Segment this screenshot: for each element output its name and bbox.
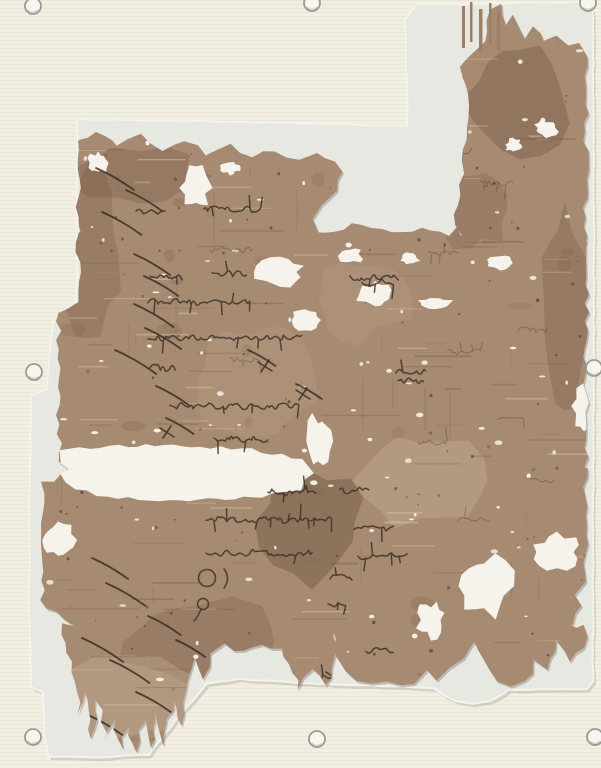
papyrus-speck-light xyxy=(84,156,87,161)
papyrus-speck-dark xyxy=(155,526,158,529)
papyrus-fibre-dark xyxy=(462,246,497,248)
papyrus-speck-dark xyxy=(157,31,158,32)
papyrus-speck-dark xyxy=(261,498,262,499)
papyrus-speck-light xyxy=(46,580,53,585)
papyrus-fibre-strand xyxy=(497,11,500,50)
papyrus-fibre-light xyxy=(469,125,488,127)
papyrus-fibre-dark xyxy=(493,642,521,643)
papyrus-speck-light xyxy=(302,181,305,185)
papyrus-speck-dark xyxy=(277,172,280,175)
papyrus-fibre-vertical xyxy=(59,108,61,139)
papyrus-speck-dark xyxy=(547,654,550,657)
papyrus-speck-light xyxy=(530,276,537,280)
papyrus-speck-light xyxy=(321,117,328,120)
papyrus-fibre-vertical xyxy=(214,193,215,243)
papyrus-speck-dark xyxy=(254,89,257,92)
papyrus-speck-dark xyxy=(59,510,62,513)
papyrus-mottle xyxy=(244,417,253,427)
papyrus-speck-dark xyxy=(158,250,160,252)
papyrus-speck-dark xyxy=(152,376,155,379)
papyrus-fibre-vertical xyxy=(297,206,298,218)
papyrus-fibre-vertical xyxy=(57,481,58,496)
papyrus-fibre-dark xyxy=(150,308,214,309)
papyrus-speck-light xyxy=(205,60,208,63)
papyrus-speck-light xyxy=(369,529,374,532)
papyrus-fibre-strand xyxy=(462,6,465,48)
papyrus-speck-dark xyxy=(265,302,267,304)
papyrus-fibre-vertical xyxy=(128,324,129,358)
papyrus-fibre-strand xyxy=(489,3,492,44)
papyrus-speck-light xyxy=(237,424,241,426)
papyrus-fibre-light xyxy=(387,308,422,309)
papyrus-speck-dark xyxy=(427,702,430,705)
papyrus-speck-dark xyxy=(488,280,490,282)
papyrus-fibre-light xyxy=(195,428,241,429)
papyrus-speck-dark xyxy=(236,540,237,541)
papyrus-speck-light xyxy=(91,431,98,434)
papyrus-mottle xyxy=(557,256,572,273)
papyrus-speck-light xyxy=(278,26,286,29)
papyrus-speck-dark xyxy=(100,242,103,245)
papyrus-fibre-light xyxy=(529,135,541,137)
papyrus-fibre-light xyxy=(328,79,348,80)
papyrus-speck-light xyxy=(539,375,546,377)
papyrus-speck-dark xyxy=(131,648,133,650)
papyrus-mottle xyxy=(561,247,574,256)
papyrus-fibre-light xyxy=(164,49,202,51)
papyrus-speck-light xyxy=(479,427,485,430)
papyrus-speck-light xyxy=(552,450,555,454)
papyrus-speck-dark xyxy=(447,586,450,589)
papyrus-speck-dark xyxy=(95,620,97,622)
papyrus-speck-dark xyxy=(516,227,519,230)
papyrus-fibre-vertical xyxy=(171,36,173,70)
papyrus-speck-light xyxy=(64,48,71,52)
papyrus-speck-dark xyxy=(417,504,419,506)
papyrus-fibre-light xyxy=(398,348,427,349)
papyrus-fibre-dark xyxy=(218,106,273,108)
papyrus-speck-light xyxy=(412,634,418,639)
papyrus-speck-light xyxy=(359,362,363,366)
papyrus-speck-dark xyxy=(211,89,212,90)
papyrus-speck-dark xyxy=(523,166,525,168)
papyrus-speck-dark xyxy=(446,450,448,452)
papyrus-speck-dark xyxy=(418,493,420,495)
papyrus-speck-light xyxy=(199,32,202,36)
papyrus-fibre-light xyxy=(80,419,118,420)
papyrus-speck-light xyxy=(527,474,531,479)
papyrus-fibre-light xyxy=(537,139,550,140)
papyrus-fibre-light xyxy=(505,398,548,400)
papyrus-fibre-vertical xyxy=(362,379,364,428)
papyrus-speck-light xyxy=(366,361,369,363)
papyrus-fibre-vertical xyxy=(565,338,566,376)
papyrus-fibre-dark xyxy=(98,48,141,49)
papyrus-speck-dark xyxy=(429,649,433,653)
papyrus-fibre-light xyxy=(249,708,281,710)
papyrus-speck-dark xyxy=(533,536,535,538)
papyrus-speck-light xyxy=(496,506,500,509)
papyrus-speck-dark xyxy=(123,274,125,276)
papyrus-speck-light xyxy=(217,391,224,396)
papyrus-speck-dark xyxy=(141,65,143,67)
papyrus-speck-dark xyxy=(565,101,567,103)
papyrus-mottle xyxy=(391,427,404,439)
papyrus-speck-light xyxy=(200,351,203,354)
papyrus-speck-dark xyxy=(532,468,536,472)
papyrus-speck-light xyxy=(191,77,197,82)
papyrus-speck-dark xyxy=(62,149,65,152)
papyrus-fibre-light xyxy=(296,657,319,658)
papyrus-fibre-vertical xyxy=(126,32,127,51)
papyrus-fibre-light xyxy=(212,187,251,188)
papyrus-speck-light xyxy=(532,722,537,724)
papyrus-speck-dark xyxy=(536,298,540,302)
papyrus-speck-light xyxy=(60,418,67,420)
papyrus-fibre-vertical xyxy=(135,333,136,346)
papyrus-speck-dark xyxy=(338,13,340,15)
papyrus-speck-light xyxy=(69,475,73,480)
papyrus-fibre-dark xyxy=(470,242,497,243)
papyrus-speck-dark xyxy=(179,250,181,252)
papyrus-speck-light xyxy=(303,737,308,741)
papyrus-speck-dark xyxy=(199,428,202,431)
papyrus-fibre-dark xyxy=(491,384,516,386)
papyrus-speck-dark xyxy=(144,625,146,627)
papyrus-fibre-dark xyxy=(376,702,417,704)
papyrus-speck-light xyxy=(215,59,218,63)
papyrus-speck-light xyxy=(312,23,317,27)
papyrus-speck-dark xyxy=(577,260,579,262)
papyrus-mottle xyxy=(202,21,213,29)
papyrus-mottle xyxy=(311,172,324,186)
papyrus-scan-page xyxy=(0,0,601,768)
papyrus-speck-dark xyxy=(172,688,175,691)
papyrus-mottle xyxy=(121,421,145,431)
papyrus-speck-dark xyxy=(177,335,180,338)
papyrus-fibre-light xyxy=(294,254,329,256)
papyrus-speck-dark xyxy=(579,335,582,338)
papyrus-fibre-light xyxy=(75,150,107,151)
papyrus-fibre-dark xyxy=(220,230,284,232)
papyrus-fibre-dark xyxy=(89,424,112,425)
papyrus-speck-light xyxy=(414,513,417,516)
papyrus-speck-light xyxy=(134,518,139,520)
papyrus-speck-dark xyxy=(222,252,225,255)
papyrus-fibre-light xyxy=(302,611,350,612)
papyrus-speck-dark xyxy=(417,238,421,242)
papyrus-speck-dark xyxy=(485,185,487,187)
papyrus-speck-light xyxy=(154,429,161,433)
papyrus-fibre-light xyxy=(543,272,571,273)
papyrus-speck-light xyxy=(205,260,210,262)
papyrus-fibre-dark xyxy=(191,79,260,81)
papyrus-speck-dark xyxy=(394,487,397,490)
papyrus-speck-dark xyxy=(476,167,479,170)
papyrus-fibre-dark xyxy=(402,366,453,367)
papyrus-speck-dark xyxy=(110,249,113,252)
papyrus-speck-light xyxy=(371,295,376,299)
papyrus-fibre-dark xyxy=(321,415,400,417)
papyrus-speck-dark xyxy=(330,187,332,189)
papyrus-fibre-dark xyxy=(67,589,98,590)
papyrus-fibre-vertical xyxy=(296,190,297,233)
papyrus-fibre-strand xyxy=(479,9,483,52)
papyrus-fibre-light xyxy=(66,669,112,671)
papyrus-fibre-dark xyxy=(331,563,358,565)
papyrus-fibre-vertical xyxy=(245,688,246,711)
papyrus-speck-dark xyxy=(223,724,226,727)
papyrus-fibre-vertical xyxy=(93,25,95,52)
papyrus-speck-dark xyxy=(406,496,408,498)
papyrus-speck-dark xyxy=(121,237,124,240)
papyrus-speck-light xyxy=(154,111,156,115)
papyrus-fibre-light xyxy=(526,742,570,744)
papyrus-fibre-light xyxy=(465,178,480,179)
papyrus-fibre-dark xyxy=(61,608,138,610)
papyrus-speck-dark xyxy=(66,513,68,515)
papyrus-speck-light xyxy=(193,170,200,174)
papyrus-speck-dark xyxy=(58,161,59,162)
papyrus-fibre-dark xyxy=(539,434,559,435)
papyrus-fibre-light xyxy=(211,700,271,701)
papyrus-speck-light xyxy=(209,424,213,426)
papyrus-speck-dark xyxy=(373,653,376,656)
papyrus-speck-light xyxy=(517,546,521,548)
papyrus-fibre-light xyxy=(104,298,150,299)
punch-hole xyxy=(309,731,325,747)
papyrus-speck-dark xyxy=(64,272,67,275)
papyrus-speck-dark xyxy=(429,394,432,397)
papyrus-speck-dark xyxy=(471,455,474,458)
papyrus-speck-light xyxy=(310,480,317,485)
papyrus-speck-light xyxy=(491,549,499,553)
papyrus-speck-light xyxy=(406,382,412,384)
papyrus-fibre-strand xyxy=(470,2,473,42)
papyrus-speck-dark xyxy=(352,749,354,751)
papyrus-fibre-light xyxy=(387,512,423,514)
papyrus-fibre-dark xyxy=(292,618,347,619)
papyrus-speck-light xyxy=(245,577,252,581)
papyrus-speck-dark xyxy=(148,74,149,75)
papyrus-speck-dark xyxy=(120,506,123,509)
papyrus-speck-light xyxy=(168,296,172,298)
papyrus-speck-dark xyxy=(136,616,139,619)
papyrus-speck-dark xyxy=(368,115,372,119)
papyrus-speck-light xyxy=(119,604,126,607)
papyrus-fibre-dark xyxy=(132,543,183,544)
papyrus-speck-dark xyxy=(246,219,248,221)
papyrus-speck-dark xyxy=(437,494,440,497)
papyrus-speck-light xyxy=(386,369,392,373)
papyrus-speck-dark xyxy=(235,517,237,519)
papyrus-fibre-light xyxy=(78,366,109,368)
papyrus-fibre-dark xyxy=(427,343,445,344)
papyrus-speck-dark xyxy=(555,354,557,356)
papyrus-speck-light xyxy=(235,716,241,721)
papyrus-speck-dark xyxy=(178,207,181,210)
papyrus-speck-dark xyxy=(282,425,285,428)
papyrus-fibre-light xyxy=(392,545,435,546)
papyrus-speck-dark xyxy=(252,62,255,65)
papyrus-fibre-light xyxy=(211,507,252,509)
papyrus-speck-light xyxy=(193,655,198,659)
papyrus-fibre-dark xyxy=(267,45,301,46)
papyrus-speck-dark xyxy=(74,80,76,82)
papyrus-speck-light xyxy=(416,413,423,418)
papyrus-speck-light xyxy=(510,531,514,533)
papyrus-fibre-vertical xyxy=(525,512,527,525)
papyrus-speck-light xyxy=(518,60,523,64)
papyrus-fibre-light xyxy=(397,738,452,740)
papyrus-fibre-light xyxy=(180,609,217,610)
papyrus-speck-light xyxy=(544,702,549,707)
papyrus-speck-light xyxy=(409,518,414,520)
papyrus-speck-dark xyxy=(76,506,78,508)
papyrus-speck-dark xyxy=(170,612,173,615)
papyrus-fibre-dark xyxy=(487,716,539,718)
papyrus-speck-dark xyxy=(471,730,472,731)
papyrus-speck-dark xyxy=(194,8,197,11)
papyrus-speck-dark xyxy=(174,519,176,521)
papyrus-speck-dark xyxy=(287,400,290,403)
papyrus-fibre-dark xyxy=(412,463,460,465)
papyrus-speck-dark xyxy=(318,99,322,103)
papyrus-fibre-dark xyxy=(252,84,319,86)
papyrus-fibre-light xyxy=(135,181,150,183)
papyrus-speck-light xyxy=(152,526,154,530)
papyrus-speck-dark xyxy=(365,302,366,303)
papyrus-speck-light xyxy=(541,118,546,123)
papyrus-fibre-dark xyxy=(193,87,272,88)
papyrus-speck-dark xyxy=(270,226,273,229)
papyrus-speck-dark xyxy=(527,538,529,540)
papyrus-speck-dark xyxy=(105,154,107,156)
papyrus-speck-light xyxy=(152,291,160,293)
papyrus-speck-light xyxy=(565,215,571,218)
papyrus-speck-light xyxy=(155,20,161,22)
papyrus-mottle xyxy=(316,488,326,496)
papyrus-fibre-dark xyxy=(88,344,112,345)
papyrus-fibre-dark xyxy=(231,562,257,563)
papyrus-fibre-vertical xyxy=(511,341,513,368)
papyrus-fibre-vertical xyxy=(153,587,155,604)
papyrus-fibre-vertical xyxy=(330,37,332,48)
papyrus-fibre-light xyxy=(120,105,143,107)
papyrus-speck-light xyxy=(319,690,323,694)
papyrus-fibre-vertical xyxy=(538,578,539,598)
papyrus-speck-dark xyxy=(241,531,244,534)
papyrus-fibre-vertical xyxy=(300,102,302,114)
papyrus-fibre-vertical xyxy=(381,338,382,351)
papyrus-fibre-light xyxy=(487,713,531,714)
papyrus-speck-light xyxy=(230,453,234,455)
papyrus-fibre-vertical xyxy=(360,547,362,582)
papyrus-speck-dark xyxy=(310,487,312,489)
papyrus-speck-dark xyxy=(565,95,567,97)
papyrus-speck-light xyxy=(102,238,105,242)
papyrus-fibre-dark xyxy=(315,706,342,707)
papyrus-speck-light xyxy=(400,310,403,313)
papyrus-mottle xyxy=(61,323,85,337)
papyrus-fibre-vertical xyxy=(449,392,450,437)
papyrus-speck-light xyxy=(576,49,583,52)
papyrus-speck-light xyxy=(385,477,389,479)
papyrus-speck-dark xyxy=(401,321,403,323)
papyrus-speck-light xyxy=(346,243,352,248)
papyrus-speck-light xyxy=(495,211,499,213)
papyrus-speck-dark xyxy=(366,729,369,732)
papyrus-fibre-vertical xyxy=(369,36,371,68)
papyrus-speck-dark xyxy=(237,42,241,46)
papyrus-speck-dark xyxy=(458,313,460,315)
papyrus-speck-dark xyxy=(581,579,583,581)
papyrus-speck-light xyxy=(229,219,232,223)
papyrus-speck-dark xyxy=(327,51,329,53)
papyrus-fibre-light xyxy=(179,312,197,314)
papyrus-fibre-dark xyxy=(82,71,103,73)
papyrus-speck-light xyxy=(328,485,334,488)
papyrus-speck-dark xyxy=(235,428,236,429)
papyrus-speck-dark xyxy=(511,222,513,224)
papyrus-speck-dark xyxy=(336,555,338,557)
punch-hole xyxy=(26,364,42,380)
papyrus-speck-dark xyxy=(248,632,251,635)
papyrus-speck-dark xyxy=(56,265,57,266)
papyrus-speck-dark xyxy=(242,695,244,697)
papyrus-speck-light xyxy=(156,678,164,682)
papyrus-speck-dark xyxy=(86,370,90,374)
papyrus-speck-light xyxy=(302,449,307,453)
papyrus-speck-light xyxy=(495,256,498,259)
papyrus-fibre-dark xyxy=(473,455,492,457)
papyrus-fibre-dark xyxy=(152,582,203,584)
papyrus-fibre-dark xyxy=(445,388,462,390)
papyrus-speck-dark xyxy=(191,153,193,155)
papyrus-speck-light xyxy=(307,599,311,601)
papyrus-mottle xyxy=(307,557,318,563)
papyrus-speck-dark xyxy=(571,283,574,286)
papyrus-speck-dark xyxy=(69,606,71,608)
papyrus-fibre-light xyxy=(544,259,568,260)
papyrus-mottle xyxy=(164,249,175,262)
papyrus-speck-light xyxy=(351,409,356,411)
papyrus-mottle xyxy=(508,303,533,310)
papyrus-speck-light xyxy=(132,441,135,444)
papyrus-speck-light xyxy=(288,317,291,322)
papyrus-fibre-vertical xyxy=(118,172,119,193)
papyrus-fibre-light xyxy=(538,640,561,641)
papyrus-speck-dark xyxy=(86,27,88,29)
papyrus-speck-dark xyxy=(419,674,421,676)
papyrus-speck-dark xyxy=(183,599,185,601)
papyrus-speck-dark xyxy=(270,70,272,72)
papyrus-speck-dark xyxy=(124,51,126,53)
papyrus-speck-dark xyxy=(482,64,483,65)
papyrus-mottle xyxy=(152,62,161,70)
papyrus-fibre-vertical xyxy=(424,387,426,431)
papyrus-speck-dark xyxy=(41,52,44,55)
papyrus-speck-light xyxy=(147,344,152,347)
papyrus-speck-dark xyxy=(429,431,432,434)
papyrus-speck-dark xyxy=(487,445,490,448)
papyrus-speck-light xyxy=(347,651,349,653)
papyrus-fibre-light xyxy=(384,522,417,524)
papyrus-fibre-light xyxy=(186,503,215,504)
papyrus-fibre-light xyxy=(341,32,361,34)
papyrus-speck-light xyxy=(196,641,199,645)
papyrus-speck-dark xyxy=(555,467,558,470)
